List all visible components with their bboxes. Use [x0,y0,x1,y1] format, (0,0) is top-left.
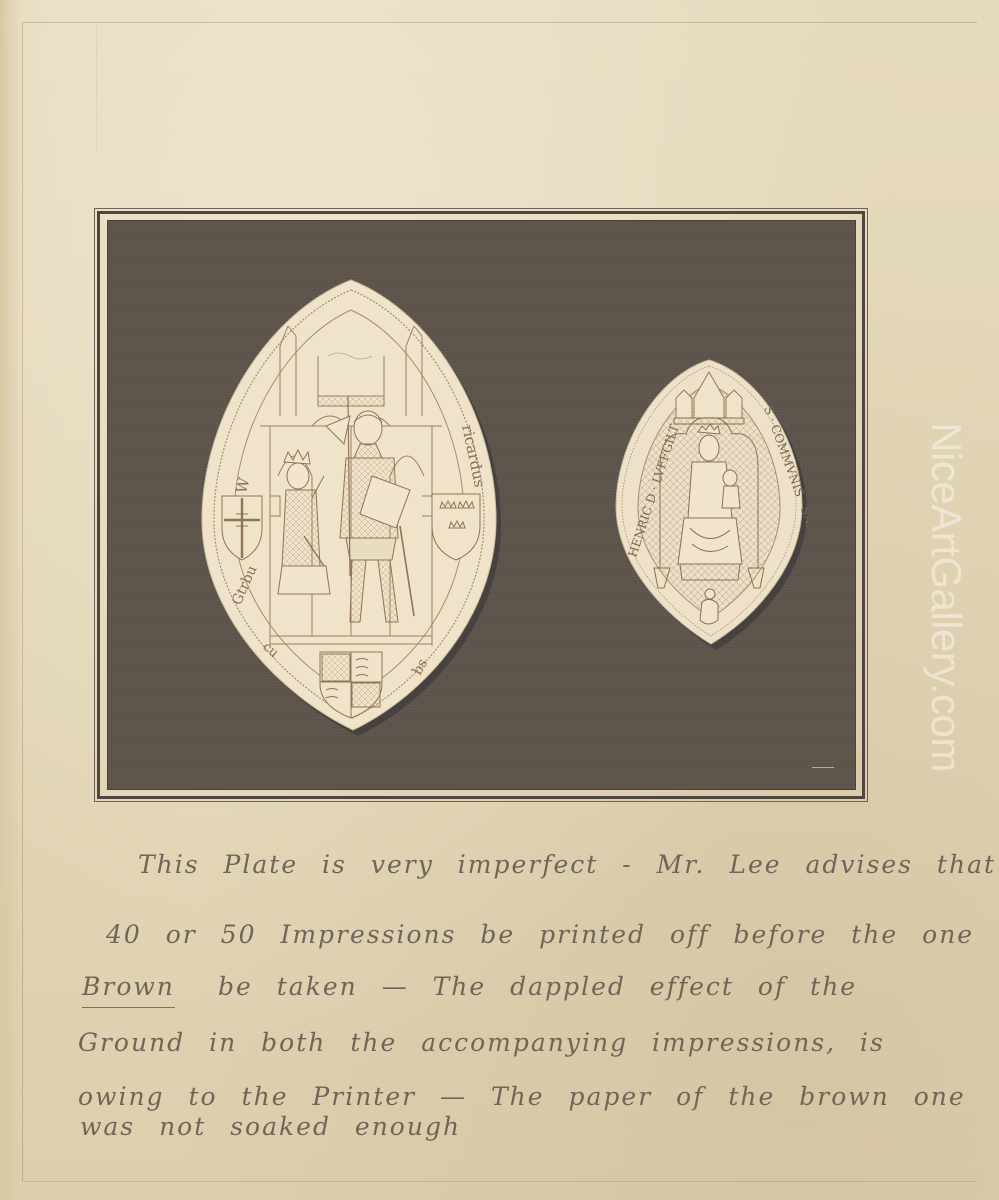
underlined-word-brown: Brown [82,972,175,1008]
paper-left-edge [0,0,22,1200]
note-line-3-continuation: be taken — The dappled effect of the [218,972,857,1001]
large-seal: de · W ricardus Gtrbu bs cu [200,276,502,736]
note-line-6: was not soaked enough [80,1112,461,1141]
note-line-4: Ground in both the accompanying impressi… [78,1028,885,1057]
watermark-text: NiceArtGallery.com [922,422,970,772]
large-seal-drawing: de · W ricardus Gtrbu bs cu [200,276,502,736]
field-scratch-mark [812,767,834,768]
note-line-3-rest: be taken — The dappled effect of the [218,972,857,1001]
note-line-2: 40 or 50 Impressions be printed off befo… [106,920,999,949]
note-line-5: owing to the Printer — The paper of the … [78,1082,966,1111]
small-seal: HENRIC D · LVFFGILT S · COMMVNIS · SANG [614,358,808,650]
watermark: NiceArtGallery.com [922,402,970,792]
small-seal-drawing: HENRIC D · LVFFGILT S · COMMVNIS · SANG [614,358,808,650]
note-line-3: Brown [82,972,175,1001]
paper-crease [96,22,97,152]
note-line-1: This Plate is very imperfect - Mr. Lee a… [138,850,996,879]
